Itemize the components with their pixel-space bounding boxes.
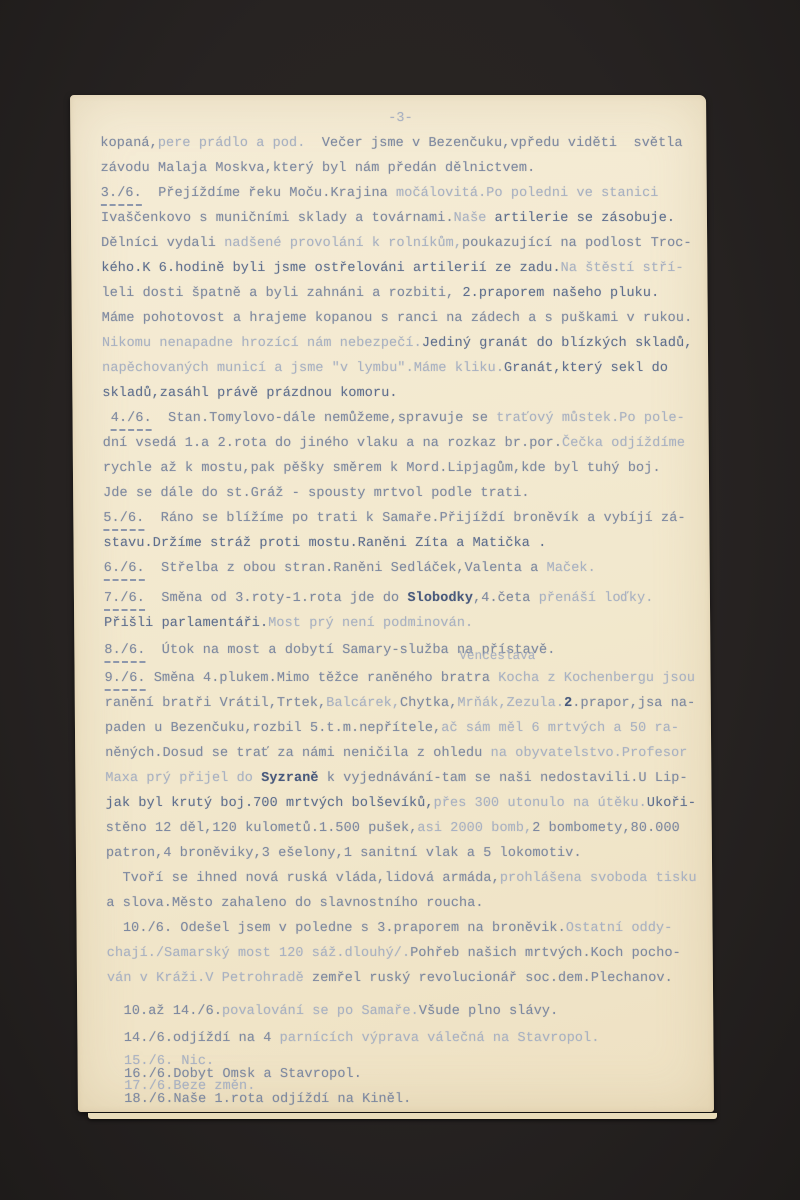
text-segment: jak byl krutý boj.700 mrtvých bolševíků, bbox=[106, 796, 434, 811]
document-line: Jde se dále do st.Gráž - spousty mrtvol … bbox=[103, 481, 709, 506]
text-segment: -3- bbox=[388, 111, 413, 126]
document-line: skladů,zasáhl právě prázdnou komoru. bbox=[102, 381, 708, 406]
text-segment: 10./6. Odešel jsem v poledne s 3.prapore… bbox=[106, 921, 565, 936]
text-segment: Směna od 3.roty-1.rota jde do bbox=[145, 591, 408, 606]
text-segment: Stan.Tomylovo-dále nemůžeme,spravuje se bbox=[152, 411, 497, 426]
text-segment: Most prý není podminován. bbox=[268, 616, 473, 631]
text-segment: Kocha z Kochenbergu jsou bbox=[498, 671, 695, 686]
document-line: něných.Dosud se trať za námi neničila z … bbox=[105, 741, 711, 766]
text-segment: prohlášena svoboda tisku bbox=[500, 871, 697, 886]
text-segment: traťový můstek.Po pole- bbox=[496, 411, 685, 426]
text-segment: závodu Malaja Moskva,který byl nám předá… bbox=[101, 161, 536, 176]
text-segment: poukazující na podlost Troc- bbox=[462, 236, 692, 251]
text-segment: 14./6.odjíždí na 4 bbox=[107, 1031, 279, 1046]
text-segment: na obyvatelstvo.Profesor bbox=[482, 746, 687, 761]
text-segment: Ráno se blížíme po trati k Samaře.Přijíž… bbox=[144, 511, 685, 526]
document-line: 10.až 14./6.povalování se po Samaře.Všud… bbox=[107, 999, 713, 1024]
text-segment: 2 bbox=[564, 696, 572, 711]
date-label: 7./6. bbox=[104, 591, 145, 611]
text-segment: něných.Dosud se trať za námi neničila z … bbox=[105, 746, 482, 761]
text-segment: močálovitá.Po poledni ve stanici bbox=[396, 186, 659, 201]
document-line: 6./6. Střelba z obou stran.Raněni Sedláč… bbox=[104, 556, 710, 581]
document-line: chají./Samarský most 120 sáž.dlouhý/.Poh… bbox=[107, 941, 713, 966]
document-line: paden u Bezenčuku,rozbil 5.t.m.nepřítele… bbox=[105, 716, 711, 741]
text-segment: kého.K 6.hodině byli jsme ostřelováni ar… bbox=[101, 261, 560, 276]
text-segment: Slobodky bbox=[407, 591, 473, 606]
text-segment: Střelba z obou stran.Raněni Sedláček,Val… bbox=[145, 561, 547, 576]
text-segment: asi 2000 bomb, bbox=[417, 821, 532, 836]
text-segment: 18./6.Naše 1.rota odjíždí na Kiněl. bbox=[108, 1092, 412, 1107]
text-segment: pere prádlo a pod. bbox=[158, 136, 306, 151]
document-line: 10./6. Odešel jsem v poledne s 3.prapore… bbox=[106, 916, 712, 941]
text-segment: .prapor,jsa na- bbox=[572, 696, 695, 711]
text-segment: dní vsedá 1.a 2.rota do jiného vlaku a n… bbox=[103, 436, 562, 451]
text-segment: skladů,zasáhl právě prázdnou komoru. bbox=[102, 386, 397, 401]
text-segment: Maxa prý přijel do bbox=[105, 771, 261, 786]
text-segment: ač sám měl 6 mrtvých a 50 ra- bbox=[441, 721, 679, 736]
date-label: 9./6. bbox=[105, 671, 146, 691]
text-segment: 2 bombomety,80.000 bbox=[532, 821, 680, 836]
text-segment: 2.praporem našeho pluku. bbox=[462, 286, 659, 301]
document-line: stavu.Držíme stráž proti mostu.Raněni Zí… bbox=[103, 531, 709, 556]
text-segment: Granát,který sekl do bbox=[504, 361, 668, 376]
document-line: Tvoří se ihned nová ruská vláda,lidová a… bbox=[106, 866, 712, 891]
document-line: jak byl krutý boj.700 mrtvých bolševíků,… bbox=[105, 791, 711, 816]
document-line: Přišli parlamentáři.Most prý není podmin… bbox=[104, 611, 710, 636]
text-segment: Směna 4.plukem.Mimo těžce raněného bratr… bbox=[146, 671, 499, 686]
scanned-page: -3-kopaná,pere prádlo a pod. Večer jsme … bbox=[70, 95, 714, 1112]
text-segment: artilerie se zásobuje. bbox=[495, 211, 676, 226]
document-line: rychle až k mostu,pak pěšky směrem k Mor… bbox=[103, 456, 709, 481]
document-line: 8./6. Útok na most a dobytí Samary-služb… bbox=[104, 638, 710, 663]
text-segment: Přejíždíme řeku Moču.Krajina bbox=[142, 186, 396, 201]
text-segment: nadšené provolání k rolníkům, bbox=[224, 236, 462, 251]
date-label: 4./6. bbox=[111, 411, 152, 431]
document-line: Dělníci vydali nadšené provolání k rolní… bbox=[101, 231, 707, 256]
text-segment: Ukoři- bbox=[647, 796, 696, 811]
document-line: Nikomu nenapadne hrozící nám nebezpečí.J… bbox=[102, 331, 708, 356]
document-line: 9./6. Směna 4.plukem.Mimo těžce raněného… bbox=[104, 666, 710, 691]
document-line: dní vsedá 1.a 2.rota do jiného vlaku a n… bbox=[103, 431, 709, 456]
text-segment: Máme pohotovost a hrajeme kopanou s ranc… bbox=[102, 311, 693, 326]
date-label: 6./6. bbox=[104, 561, 145, 581]
document-line: patron,4 broněviky,3 ešelony,1 sanitní v… bbox=[106, 841, 712, 866]
document-line: Maxa prý přijel do Syzraně k vyjednávání… bbox=[105, 766, 711, 791]
date-label: 5./6. bbox=[103, 511, 144, 531]
text-segment: povalování se po Samaře. bbox=[222, 1004, 419, 1019]
text-segment: přenáší loďky. bbox=[539, 591, 654, 606]
text-segment: Chytka, bbox=[400, 696, 458, 711]
text-segment: paden u Bezenčuku,rozbil 5.t.m.nepřítele… bbox=[105, 721, 441, 736]
text-segment: napěchovaných municí a jsme "v lymbu".Má… bbox=[102, 361, 504, 376]
text-segment: Nikomu nenapadne hrozící nám nebezpečí. bbox=[102, 336, 422, 351]
text-segment: ván v Kráži.V Petrohradě bbox=[107, 971, 312, 986]
text-segment: Na štěstí stří- bbox=[561, 261, 684, 276]
document-line: ván v Kráži.V Petrohradě zemřel ruský re… bbox=[107, 966, 713, 991]
page-number: -3- bbox=[100, 106, 706, 131]
document-line: 18./6.Naše 1.rota odjíždí na Kiněl. bbox=[108, 1094, 714, 1107]
document-line: kého.K 6.hodině byli jsme ostřelováni ar… bbox=[101, 256, 707, 281]
text-segment: Tvoří se ihned nová ruská vláda,lidová a… bbox=[106, 871, 500, 886]
document-line: napěchovaných municí a jsme "v lymbu".Má… bbox=[102, 356, 708, 381]
text-segment: parnících výprava válečná na Stavropol. bbox=[280, 1031, 600, 1046]
text-segment: patron,4 broněviky,3 ešelony,1 sanitní v… bbox=[106, 846, 582, 861]
text-segment: k vyjednávání-tam se naši nedostavili.U … bbox=[319, 771, 688, 786]
document-line: 3./6. Přejíždíme řeku Moču.Krajina močál… bbox=[101, 181, 707, 206]
document-line: Máme pohotovost a hrajeme kopanou s ranc… bbox=[102, 306, 708, 331]
typed-lines: -3-kopaná,pere prádlo a pod. Večer jsme … bbox=[100, 106, 714, 1106]
text-segment: stěno 12 děl,120 kulometů.1.500 pušek, bbox=[106, 821, 418, 836]
document-line: Ivaščenkovo s muničními sklady a továrna… bbox=[101, 206, 707, 231]
document-line: ranění bratři Vrátil,Trtek,Balcárek,Chyt… bbox=[105, 691, 711, 716]
text-segment: Syzraně bbox=[261, 771, 319, 786]
text-segment: ranění bratři Vrátil,Trtek, bbox=[105, 696, 327, 711]
text-segment: ,4.četa bbox=[473, 591, 539, 606]
text-segment: Mrňák,Zezula. bbox=[457, 696, 564, 711]
text-segment: a slova.Město zahaleno do slavnostního r… bbox=[106, 896, 483, 911]
text-segment: chají./Samarský most 120 sáž.dlouhý/. bbox=[107, 946, 411, 961]
text-segment: stavu.Držíme stráž proti mostu.Raněni Zí… bbox=[103, 536, 546, 551]
text-segment: Jediný granát do blízkých skladů, bbox=[422, 336, 693, 351]
text-segment: leli dosti špatně a byli zahnáni a rozbi… bbox=[102, 286, 463, 301]
document-line: kopaná,pere prádlo a pod. Večer jsme v B… bbox=[100, 131, 706, 156]
text-segment: 10.až 14./6. bbox=[107, 1004, 222, 1019]
text-segment: Ostatní oddy- bbox=[566, 921, 673, 936]
text-segment: Věnceslava bbox=[459, 649, 535, 663]
text-segment: Balcárek, bbox=[326, 696, 400, 711]
date-label: 3./6. bbox=[101, 186, 142, 206]
text-segment: zemřel ruský revolucionář soc.dem.Plecha… bbox=[312, 971, 673, 986]
text-segment: Dělníci vydali bbox=[101, 236, 224, 251]
date-label: 8./6. bbox=[104, 643, 145, 663]
text-segment: Přišli parlamentáři. bbox=[104, 616, 268, 631]
text-segment: rychle až k mostu,pak pěšky směrem k Mor… bbox=[103, 461, 661, 476]
text-segment: Všude plno slávy. bbox=[419, 1004, 559, 1019]
document-line: leli dosti špatně a byli zahnáni a rozbi… bbox=[101, 281, 707, 306]
text-segment: Jde se dále do st.Gráž - spousty mrtvol … bbox=[103, 486, 530, 501]
text-segment: Večer jsme v Bezenčuku,vpředu viděti svě… bbox=[305, 136, 682, 151]
document-line: závodu Malaja Moskva,který byl nám předá… bbox=[100, 156, 706, 181]
text-segment: Pohřeb našich mrtvých.Koch pocho- bbox=[410, 946, 681, 961]
document-line: stěno 12 děl,120 kulometů.1.500 pušek,as… bbox=[106, 816, 712, 841]
text-segment: Maček. bbox=[547, 561, 596, 576]
document-line: 5./6. Ráno se blížíme po trati k Samaře.… bbox=[103, 506, 709, 531]
document-line: 14./6.odjíždí na 4 parnících výprava vál… bbox=[107, 1026, 713, 1051]
text-segment: kopaná, bbox=[100, 136, 158, 151]
document-line: 7./6. Směna od 3.roty-1.rota jde do Slob… bbox=[104, 586, 710, 611]
document-line: a slova.Město zahaleno do slavnostního r… bbox=[106, 891, 712, 916]
text-segment: Naše bbox=[454, 211, 495, 226]
text-segment: Čečka odjíždíme bbox=[562, 436, 685, 451]
document-line: 4./6. Stan.Tomylovo-dále nemůžeme,spravu… bbox=[102, 406, 708, 431]
text-segment: Ivaščenkovo s muničními sklady a továrna… bbox=[101, 211, 454, 226]
text-segment: přes 300 utonulo na útěku. bbox=[434, 796, 647, 811]
